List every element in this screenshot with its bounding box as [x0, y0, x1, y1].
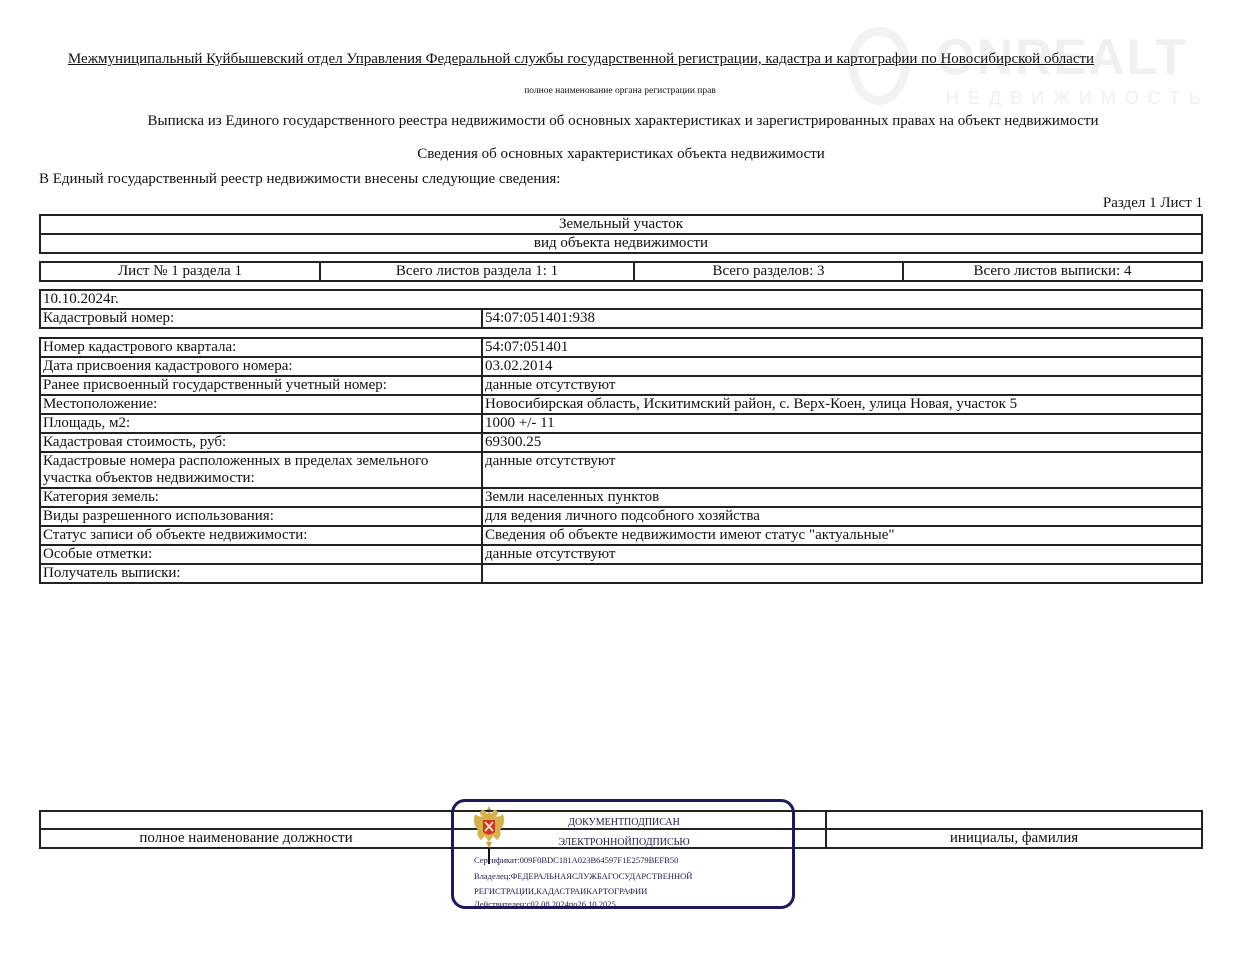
section-sheet-ref: Раздел 1 Лист 1: [1103, 195, 1203, 212]
stamp-owner-1: Владелец:ФЕДЕРАЛЬНАЯСЛУЖБАГОСУДАРСТВЕННО…: [474, 871, 692, 881]
table-row: Категория земель:Земли населенных пункто…: [40, 488, 1202, 507]
row-value: 1000 +/- 11: [482, 414, 1202, 433]
document-title: Выписка из Единого государственного реес…: [40, 113, 1206, 130]
coat-of-arms-icon: [472, 804, 506, 850]
table-row: Местоположение:Новосибирская область, Ис…: [40, 395, 1202, 414]
row-value: Сведения об объекте недвижимости имеют с…: [482, 526, 1202, 545]
cadastral-number-label: Кадастровый номер:: [40, 309, 482, 328]
name-cell: [826, 811, 1202, 829]
row-label: Категория земель:: [40, 488, 482, 507]
stamp-owner-2: РЕГИСТРАЦИИ,КАДАСТРАИКАРТОГРАФИИ: [474, 886, 647, 896]
row-value: данные отсутствуют: [482, 452, 1202, 488]
row-label: Кадастровая стоимость, руб:: [40, 433, 482, 452]
table-row: Кадастровая стоимость, руб:69300.25: [40, 433, 1202, 452]
date-cadastral-table: 10.10.2024г. Кадастровый номер: 54:07:05…: [39, 289, 1203, 329]
electronic-signature-stamp: ДОКУМЕНТПОДПИСАН ЭЛЕКТРОННОЙПОДПИСЬЮ Сер…: [451, 799, 795, 909]
row-value: Новосибирская область, Искитимский район…: [482, 395, 1202, 414]
row-label: Виды разрешенного использования:: [40, 507, 482, 526]
name-caption: инициалы, фамилия: [826, 829, 1202, 848]
row-value: 54:07:051401: [482, 338, 1202, 357]
row-value: 69300.25: [482, 433, 1202, 452]
table-row: Дата присвоения кадастрового номера:03.0…: [40, 357, 1202, 376]
total-section-sheets: Всего листов раздела 1: 1: [320, 262, 634, 281]
table-row: Виды разрешенного использования:для веде…: [40, 507, 1202, 526]
row-label: Местоположение:: [40, 395, 482, 414]
table-row: Кадастровые номера расположенных в преде…: [40, 452, 1202, 488]
sheet-number: Лист № 1 раздела 1: [40, 262, 320, 281]
row-value: данные отсутствуют: [482, 545, 1202, 564]
table-row: Номер кадастрового квартала:54:07:051401: [40, 338, 1202, 357]
row-label: Получатель выписки:: [40, 564, 482, 583]
position-caption: полное наименование должности: [40, 829, 452, 848]
total-sections: Всего разделов: 3: [634, 262, 903, 281]
row-value: 03.02.2014: [482, 357, 1202, 376]
row-label: Кадастровые номера расположенных в преде…: [40, 452, 482, 488]
row-label: Статус записи об объекте недвижимости:: [40, 526, 482, 545]
row-value: Земли населенных пунктов: [482, 488, 1202, 507]
row-label: Площадь, м2:: [40, 414, 482, 433]
row-label: Дата присвоения кадастрового номера:: [40, 357, 482, 376]
onrealt-watermark: ONREALT НЕДВИЖИМОСТЬ: [848, 22, 1218, 117]
row-value: [482, 564, 1202, 583]
total-extract-sheets: Всего листов выписки: 4: [903, 262, 1202, 281]
stamp-certificate: Сертификат:009F0BDC181A023B64597F1E2579B…: [474, 855, 678, 865]
characteristics-table: Номер кадастрового квартала:54:07:051401…: [39, 337, 1203, 584]
table-row: Особые отметки:данные отсутствуют: [40, 545, 1202, 564]
stamp-line-2: ЭЛЕКТРОННОЙПОДПИСЬЮ: [514, 837, 734, 848]
sheets-info-table: Лист № 1 раздела 1 Всего листов раздела …: [39, 261, 1203, 282]
table-row: Статус записи об объекте недвижимости:Св…: [40, 526, 1202, 545]
registration-authority: Межмуниципальный Куйбышевский отдел Упра…: [60, 51, 1102, 68]
table-row: Ранее присвоенный государственный учетны…: [40, 376, 1202, 395]
object-type-caption: вид объекта недвижимости: [40, 234, 1202, 253]
row-value: для ведения личного подсобного хозяйства: [482, 507, 1202, 526]
stamp-line-1: ДОКУМЕНТПОДПИСАН: [514, 817, 734, 828]
registration-authority-caption: полное наименование органа регистрации п…: [60, 86, 1180, 96]
document-subtitle: Сведения об основных характеристиках объ…: [40, 146, 1202, 163]
intro-text: В Единый государственный реестр недвижим…: [39, 171, 560, 188]
stamp-validity: Действителен:с02.08.2024по26.10.2025: [474, 899, 616, 909]
table-row: Получатель выписки:: [40, 564, 1202, 583]
row-label: Номер кадастрового квартала:: [40, 338, 482, 357]
object-type: Земельный участок: [40, 215, 1202, 234]
extract-date: 10.10.2024г.: [40, 290, 1202, 309]
cadastral-number-value: 54:07:051401:938: [482, 309, 1202, 328]
object-type-table: Земельный участок вид объекта недвижимос…: [39, 214, 1203, 254]
row-label: Ранее присвоенный государственный учетны…: [40, 376, 482, 395]
position-cell: [40, 811, 452, 829]
table-row: Площадь, м2:1000 +/- 11: [40, 414, 1202, 433]
row-label: Особые отметки:: [40, 545, 482, 564]
row-value: данные отсутствуют: [482, 376, 1202, 395]
